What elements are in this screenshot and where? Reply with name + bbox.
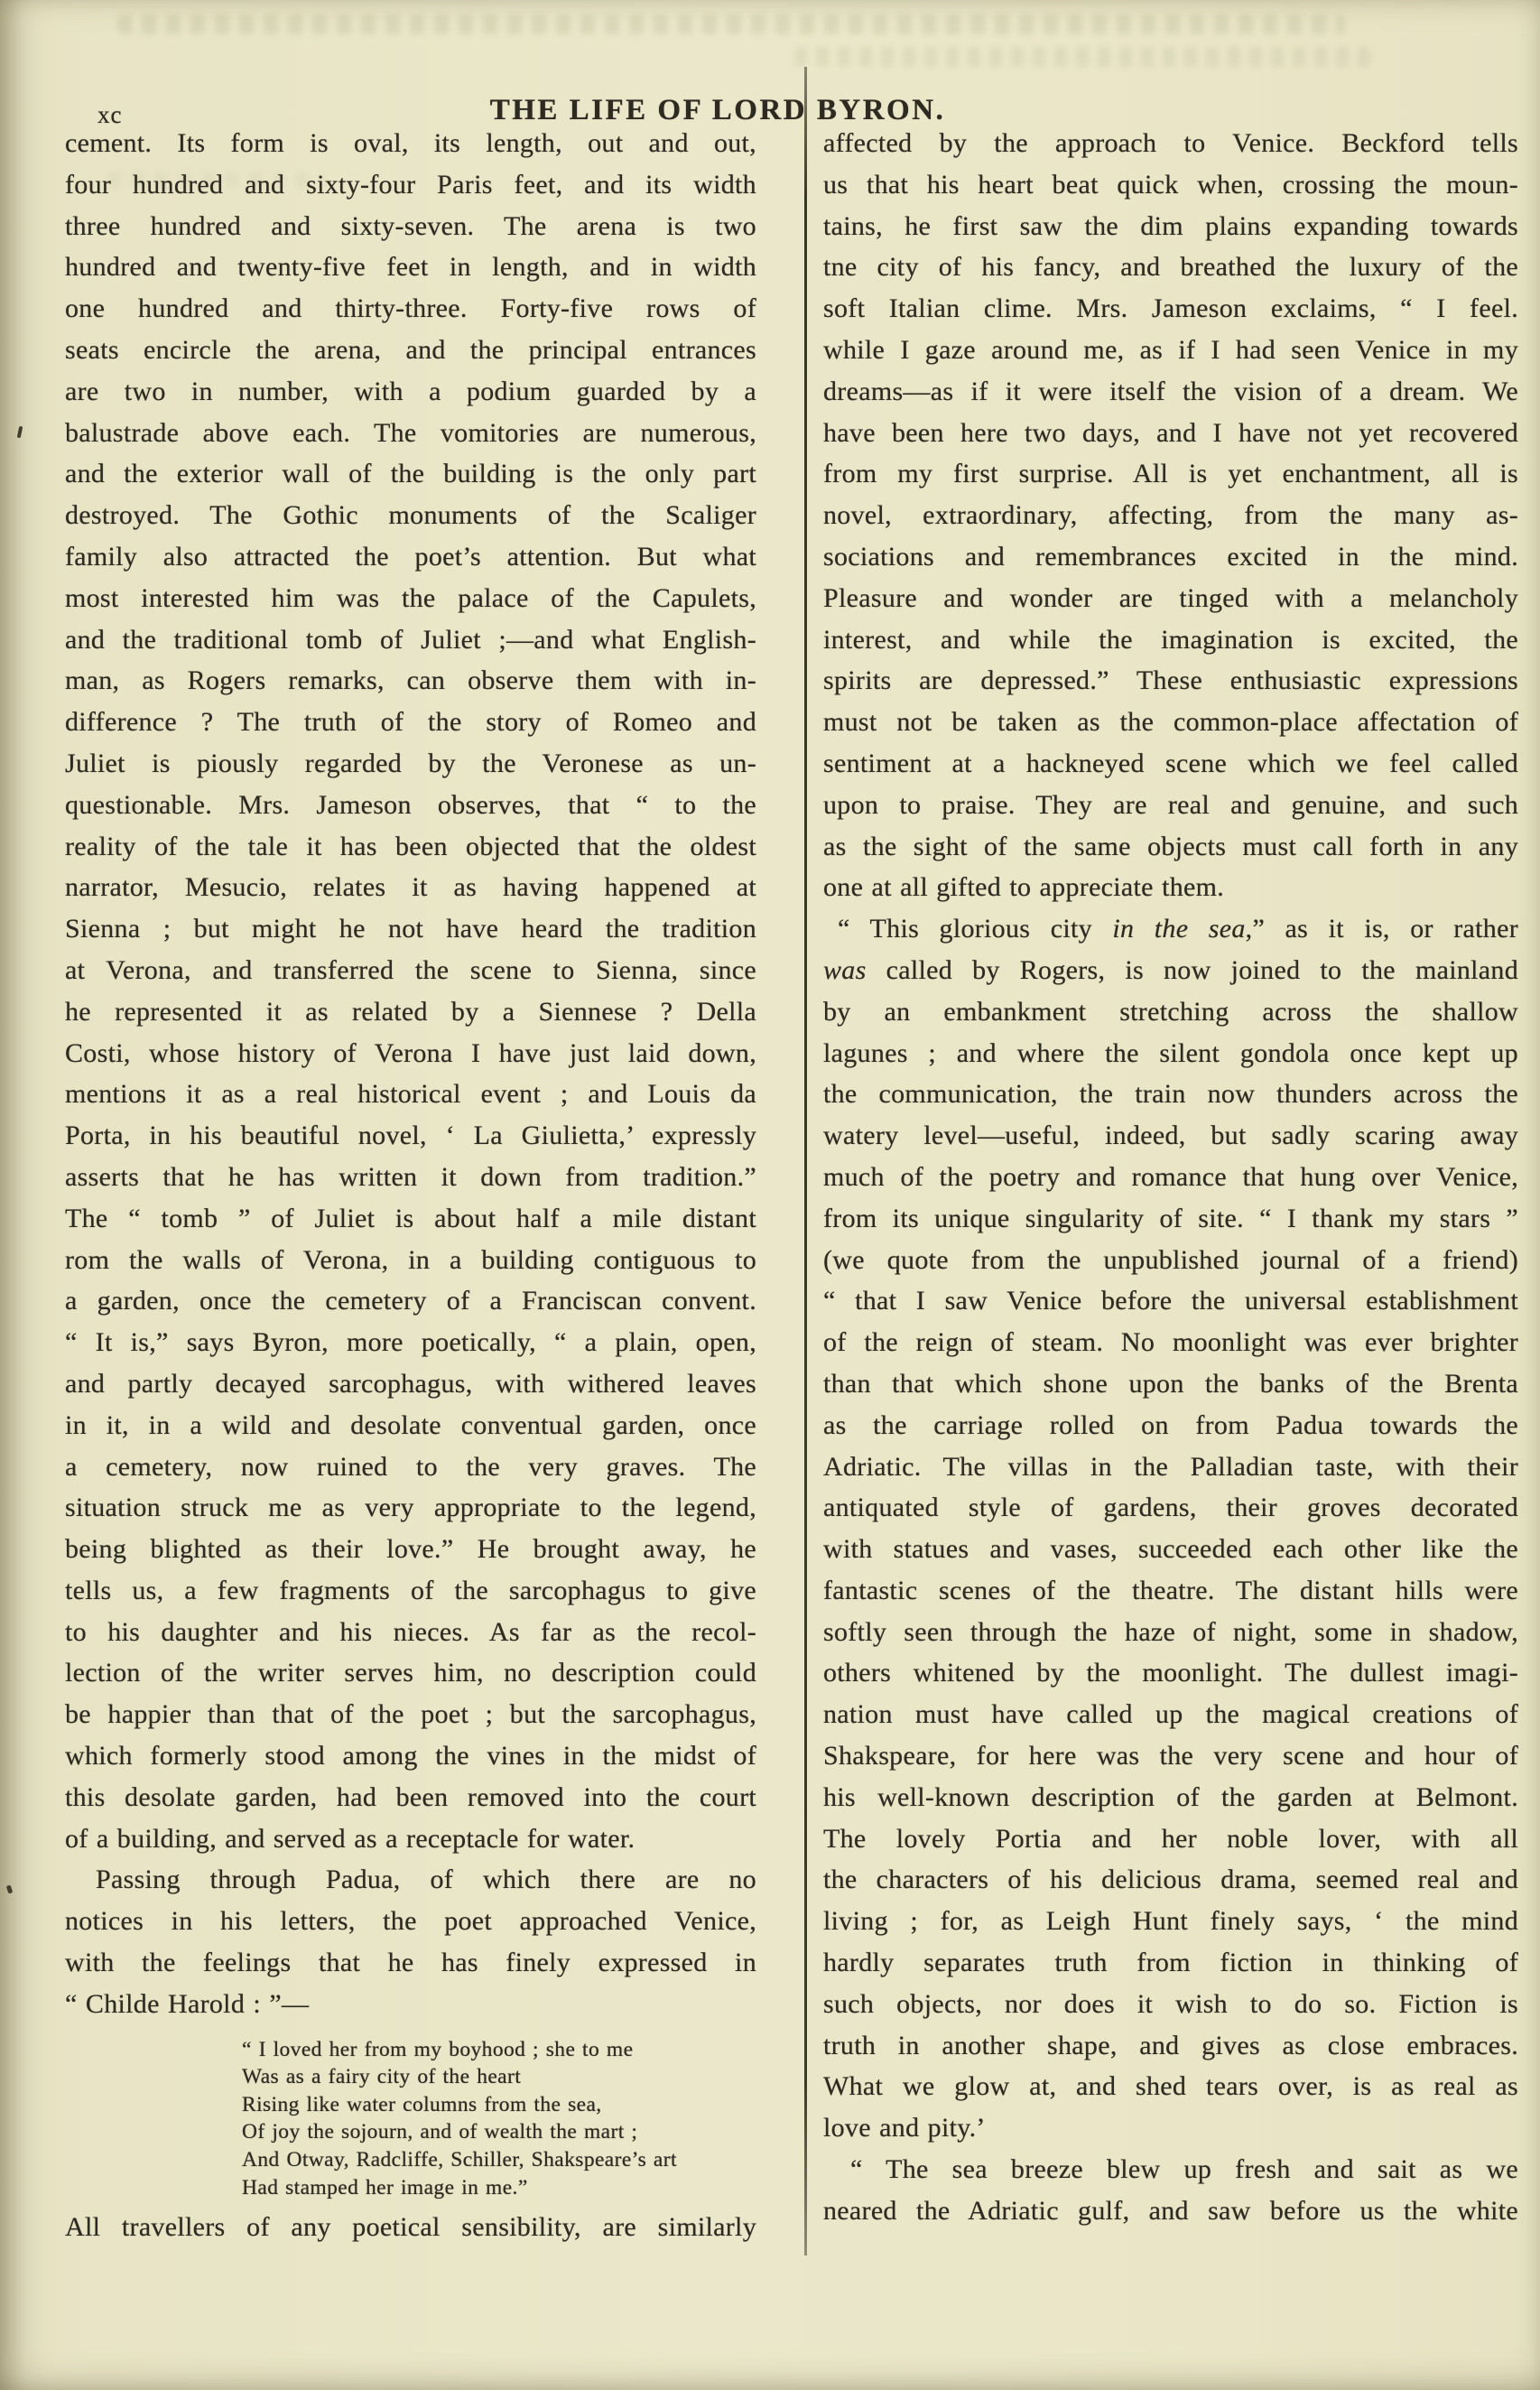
text-line: his well-known description of the garden… — [823, 1777, 1518, 1818]
text-line: sociations and remembrances excited in t… — [823, 536, 1518, 578]
text-line: the communication, the train now thunder… — [823, 1074, 1518, 1115]
text-line: Sienna ; but might he not have heard the… — [65, 908, 756, 950]
text-line: and the exterior wall of the building is… — [65, 453, 756, 495]
text-line: softly seen through the haze of night, s… — [823, 1612, 1518, 1653]
text-line: Costi, whose history of Verona I have ju… — [65, 1033, 756, 1074]
text-line: affected by the approach to Venice. Beck… — [823, 123, 1518, 164]
text-line: “ that I saw Venice before the universal… — [823, 1280, 1518, 1322]
text-line: at Verona, and transferred the scene to … — [65, 950, 756, 991]
text-line: situation struck me as very appropriate … — [65, 1487, 756, 1529]
text-line: dreams—as if it were itself the vision o… — [823, 371, 1518, 413]
text-line: in it, in a wild and desolate conventual… — [65, 1405, 756, 1446]
text-line: living ; for, as Leigh Hunt finely says,… — [823, 1901, 1518, 1942]
text-line: from its unique singularity of site. “ I… — [823, 1198, 1518, 1240]
text-line: be happier than that of the poet ; but t… — [65, 1694, 756, 1735]
text-line: and partly decayed sarcophagus, with wit… — [65, 1363, 756, 1405]
text-line: by an embankment stretching across the s… — [823, 991, 1518, 1033]
text-line: neared the Adriatic gulf, and saw before… — [823, 2190, 1518, 2232]
text-line: upon to praise. They are real and genuin… — [823, 785, 1518, 826]
text-line: to his daughter and his nieces. As far a… — [65, 1612, 756, 1653]
text-line: tains, he first saw the dim plains expan… — [823, 206, 1518, 247]
text-line: others whitened by the moonlight. The du… — [823, 1652, 1518, 1694]
text-line: which formerly stood among the vines in … — [65, 1735, 756, 1777]
verse-block: “ I loved her from my boyhood ; she to m… — [65, 2036, 756, 2202]
text-line: have been here two days, and I have not … — [823, 413, 1518, 454]
text-line: such objects, nor does it wish to do so.… — [823, 1984, 1518, 2025]
text-line: he represented it as related by a Sienne… — [65, 991, 756, 1033]
text-line: much of the poetry and romance that hung… — [823, 1157, 1518, 1198]
text-line: man, as Rogers remarks, can observe them… — [65, 660, 756, 702]
text-line: “ Childe Harold : ”— — [65, 1984, 756, 2025]
text-line: All travellers of any poetical sensibili… — [65, 2207, 756, 2248]
text-line: fantastic scenes of the theatre. The dis… — [823, 1570, 1518, 1612]
text-line: most interested him was the palace of th… — [65, 578, 756, 619]
showthrough-smudge — [794, 47, 1372, 67]
text-line: from my first surprise. All is yet encha… — [823, 453, 1518, 495]
ink-speck — [17, 426, 23, 439]
text-line: Pleasure and wonder are tinged with a me… — [823, 578, 1518, 619]
text-line: The “ tomb ” of Juliet is about half a m… — [65, 1198, 756, 1240]
text-line: difference ? The truth of the story of R… — [65, 702, 756, 743]
text-line: novel, extraordinary, affecting, from th… — [823, 495, 1518, 536]
text-line: truth in another shape, and gives as clo… — [823, 2025, 1518, 2067]
text-line: Juliet is piously regarded by the Verone… — [65, 743, 756, 785]
left-column: cement. Its form is oval, its length, ou… — [65, 123, 756, 2248]
text-line: being blighted as their love.” He brough… — [65, 1529, 756, 1570]
text-line: soft Italian clime. Mrs. Jameson exclaim… — [823, 288, 1518, 330]
text-line: of the reign of steam. No moonlight was … — [823, 1322, 1518, 1363]
book-page: { "header": { "page_number": "xc", "titl… — [0, 0, 1540, 2390]
text-line: tne city of his fancy, and breathed the … — [823, 246, 1518, 288]
text-line: us that his heart beat quick when, cross… — [823, 164, 1518, 206]
text-line: questionable. Mrs. Jameson observes, tha… — [65, 785, 756, 826]
text-line: tells us, a few fragments of the sarcoph… — [65, 1570, 756, 1612]
text-line: of a building, and served as a receptacl… — [65, 1818, 756, 1860]
text-line: Porta, in his beautiful novel, ‘ La Giul… — [65, 1115, 756, 1157]
text-line: family also attracted the poet’s attenti… — [65, 536, 756, 578]
text-line: was called by Rogers, is now joined to t… — [823, 950, 1518, 991]
text-line: the characters of his delicious drama, s… — [823, 1859, 1518, 1901]
text-line: rom the walls of Verona, in a building c… — [65, 1240, 756, 1281]
text-line: and the traditional tomb of Juliet ;—and… — [65, 619, 756, 661]
column-divider-rule — [804, 67, 807, 2255]
text-line: “ I loved her from my boyhood ; she to m… — [65, 2036, 756, 2064]
text-line: than that which shone upon the banks of … — [823, 1363, 1518, 1405]
text-line: one at all gifted to appreciate them. — [823, 867, 1518, 908]
text-line: cement. Its form is oval, its length, ou… — [65, 123, 756, 164]
text-line: hardly separates truth from fiction in t… — [823, 1942, 1518, 1984]
text-line: lagunes ; and where the silent gondola o… — [823, 1033, 1518, 1074]
paragraph-block: All travellers of any poetical sensibili… — [65, 2207, 756, 2248]
paragraph-block: cement. Its form is oval, its length, ou… — [65, 123, 756, 1859]
text-line: “ It is,” says Byron, more poetically, “… — [65, 1322, 756, 1363]
text-line: notices in his letters, the poet approac… — [65, 1901, 756, 1942]
text-line: interest, and while the imagination is e… — [823, 619, 1518, 661]
text-line: Of joy the sojourn, and of wealth the ma… — [65, 2118, 756, 2146]
paragraph-block: “ The sea breeze blew up fresh and sait … — [823, 2149, 1518, 2232]
text-line: Rising like water columns from the sea, — [65, 2091, 756, 2119]
text-line: spirits are depressed.” These enthusiast… — [823, 660, 1518, 702]
text-line: one hundred and thirty-three. Forty-five… — [65, 288, 756, 330]
text-line: antiquated style of gardens, their grove… — [823, 1487, 1518, 1529]
text-line: Was as a fairy city of the heart — [65, 2063, 756, 2091]
text-line: seats encircle the arena, and the princi… — [65, 330, 756, 371]
ink-speck — [6, 1884, 14, 1893]
text-line: The lovely Portia and her noble lover, w… — [823, 1818, 1518, 1860]
text-line: nation must have called up the magical c… — [823, 1694, 1518, 1735]
paragraph-block: Passing through Padua, of which there ar… — [65, 1859, 756, 2024]
text-line: with the feelings that he has finely exp… — [65, 1942, 756, 1984]
text-line: narrator, Mesucio, relates it as having … — [65, 867, 756, 908]
right-column: affected by the approach to Venice. Beck… — [823, 123, 1518, 2232]
text-line: are two in number, with a podium guarded… — [65, 371, 756, 413]
text-line: Passing through Padua, of which there ar… — [65, 1859, 756, 1901]
text-line: Shakspeare, for here was the very scene … — [823, 1735, 1518, 1777]
text-line: three hundred and sixty-seven. The arena… — [65, 206, 756, 247]
text-line: with statues and vases, succeeded each o… — [823, 1529, 1518, 1570]
text-line: a cemetery, now ruined to the very grave… — [65, 1446, 756, 1488]
text-line: What we glow at, and shed tears over, is… — [823, 2066, 1518, 2107]
text-line: a garden, once the cemetery of a Francis… — [65, 1280, 756, 1322]
text-line: watery level—useful, indeed, but sadly s… — [823, 1115, 1518, 1157]
text-line: as the carriage rolled on from Padua tow… — [823, 1405, 1518, 1446]
text-line: balustrade above each. The vomitories ar… — [65, 413, 756, 454]
text-line: mentions it as a real historical event ;… — [65, 1074, 756, 1115]
text-line: (we quote from the unpublished journal o… — [823, 1240, 1518, 1281]
text-line: hundred and twenty-five feet in length, … — [65, 246, 756, 288]
text-line: reality of the tale it has been objected… — [65, 826, 756, 868]
showthrough-smudge — [117, 14, 1345, 34]
text-line: destroyed. The Gothic monuments of the S… — [65, 495, 756, 536]
text-line: Adriatic. The villas in the Palladian ta… — [823, 1446, 1518, 1488]
paragraph-block: “ This glorious city in the sea,” as it … — [823, 908, 1518, 2149]
text-line: “ The sea breeze blew up fresh and sait … — [823, 2149, 1518, 2190]
text-line: must not be taken as the common-place af… — [823, 702, 1518, 743]
text-line: sentiment at a hackneyed scene which we … — [823, 743, 1518, 785]
text-line: while I gaze around me, as if I had seen… — [823, 330, 1518, 371]
paragraph-block: affected by the approach to Venice. Beck… — [823, 123, 1518, 908]
text-line: four hundred and sixty-four Paris feet, … — [65, 164, 756, 206]
text-line: “ This glorious city in the sea,” as it … — [823, 908, 1518, 950]
text-line: as the sight of the same objects must ca… — [823, 826, 1518, 868]
text-line: this desolate garden, had been removed i… — [65, 1777, 756, 1818]
text-line: And Otway, Radcliffe, Schiller, Shakspea… — [65, 2146, 756, 2174]
text-line: asserts that he has written it down from… — [65, 1157, 756, 1198]
text-line: Had stamped her image in me.” — [65, 2174, 756, 2202]
text-line: lection of the writer serves him, no des… — [65, 1652, 756, 1694]
text-line: love and pity.’ — [823, 2107, 1518, 2149]
